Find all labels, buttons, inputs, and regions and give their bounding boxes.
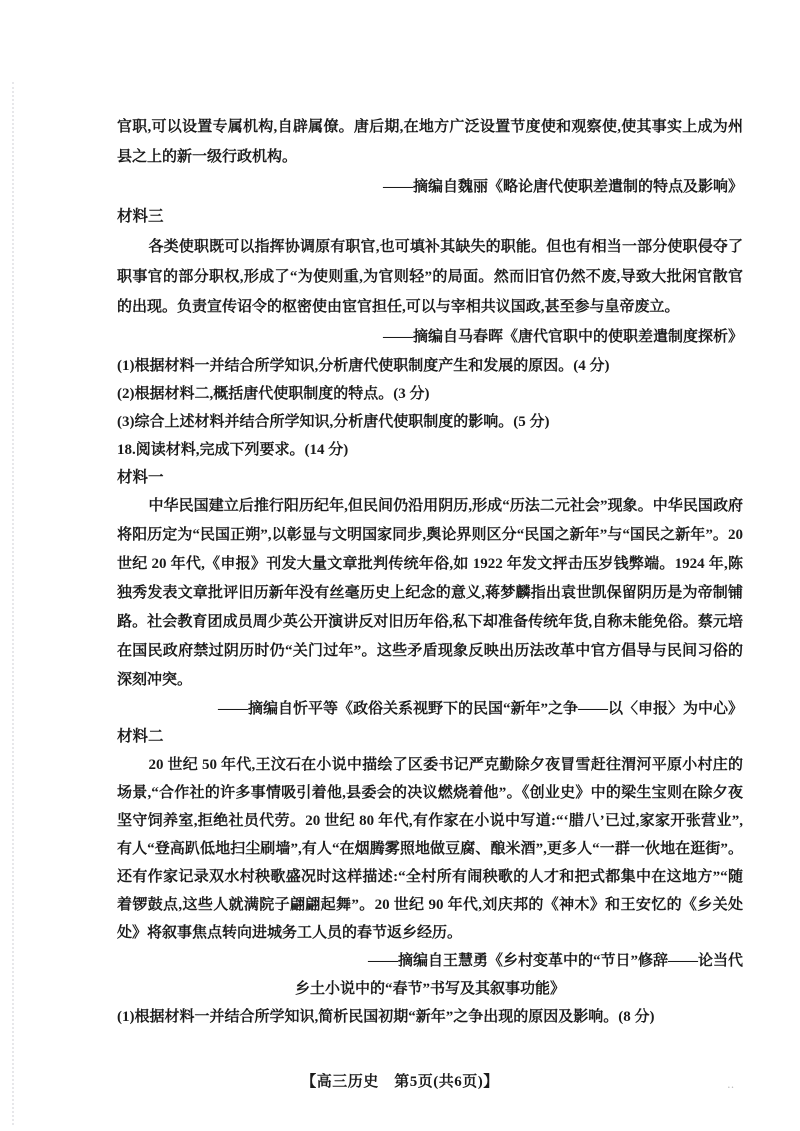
material3-heading: 材料三 — [117, 202, 743, 232]
page-footer: 【高三历史 第5页(共6页)】 — [0, 1070, 800, 1091]
q18-material2-source-line1: ——摘编自王慧勇《乡村变革中的“节日”修辞——论当代 — [117, 947, 743, 975]
material2-text: 20 世纪 50 年代,王汶石在小说中描绘了区委书记严克勤除夕夜冒雪赶往渭河平原… — [117, 751, 743, 947]
q17-material3-source: ——摘编自马春晖《唐代官职中的使职差遣制度探析》 — [117, 322, 743, 352]
q17-material2-source: ——摘编自魏丽《略论唐代使职差遣制的特点及影响》 — [117, 172, 743, 202]
q17-subquestion-3: (3)综合上述材料并结合所学知识,分析唐代使职制度的影响。(5 分) — [117, 408, 743, 436]
q17-subquestion-2: (2)根据材料二,概括唐代使职制度的特点。(3 分) — [117, 380, 743, 408]
scan-fold-line — [12, 82, 14, 1125]
q18-stem: 18.阅读材料,完成下列要求。(14 分) — [117, 436, 743, 464]
material1-text: 中华民国建立后推行阳历纪年,但民间仍沿用阴历,形成“历法二元社会”现象。中华民国… — [117, 492, 743, 695]
material3-text: 各类使职既可以指挥协调原有职官,也可填补其缺失的职能。但也有相当一部分使职侵夺了… — [117, 232, 743, 322]
q18-material2-source-line2: 乡土小说中的“春节”书写及其叙事功能》 — [117, 975, 743, 1003]
material1-heading: 材料一 — [117, 464, 743, 492]
q17-continuation-text: 官职,可以设置专属机构,自辟属僚。唐后期,在地方广泛设置节度使和观察使,使其事实… — [117, 112, 743, 172]
material2-heading: 材料二 — [117, 723, 743, 751]
q18-material1-source: ——摘编自忻平等《政俗关系视野下的民国“新年”之争——以〈申报〉为中心》 — [117, 695, 743, 723]
q18-subquestion-1: (1)根据材料一并结合所学知识,简析民国初期“新年”之争出现的原因及影响。(8 … — [117, 1003, 743, 1031]
q17-subquestion-1: (1)根据材料一并结合所学知识,分析唐代使职制度产生和发展的原因。(4 分) — [117, 352, 743, 380]
exam-page: 官职,可以设置专属机构,自辟属僚。唐后期,在地方广泛设置节度使和观察使,使其事实… — [0, 0, 800, 1131]
scan-artifact-dots: ‥ — [727, 1078, 735, 1091]
page-content: 官职,可以设置专属机构,自辟属僚。唐后期,在地方广泛设置节度使和观察使,使其事实… — [117, 112, 743, 1031]
